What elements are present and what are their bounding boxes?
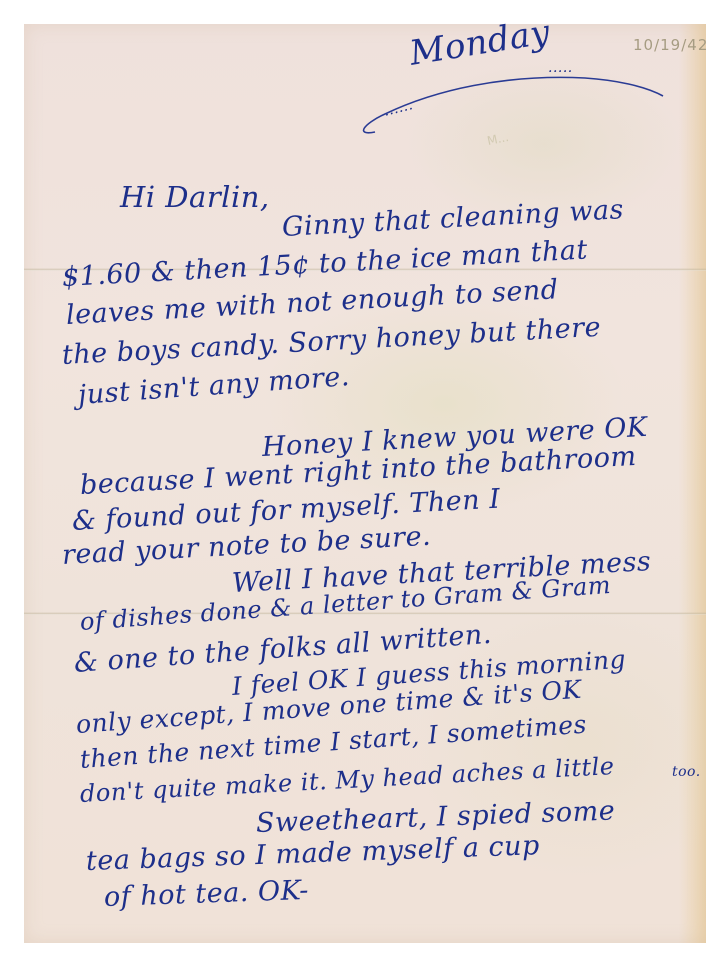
heading-marks-right: ..... bbox=[548, 60, 573, 76]
salutation: Hi Darlin, bbox=[120, 180, 270, 214]
date-stamp: 10/19/42 bbox=[633, 36, 708, 54]
letter-line-note: too. bbox=[672, 764, 701, 780]
